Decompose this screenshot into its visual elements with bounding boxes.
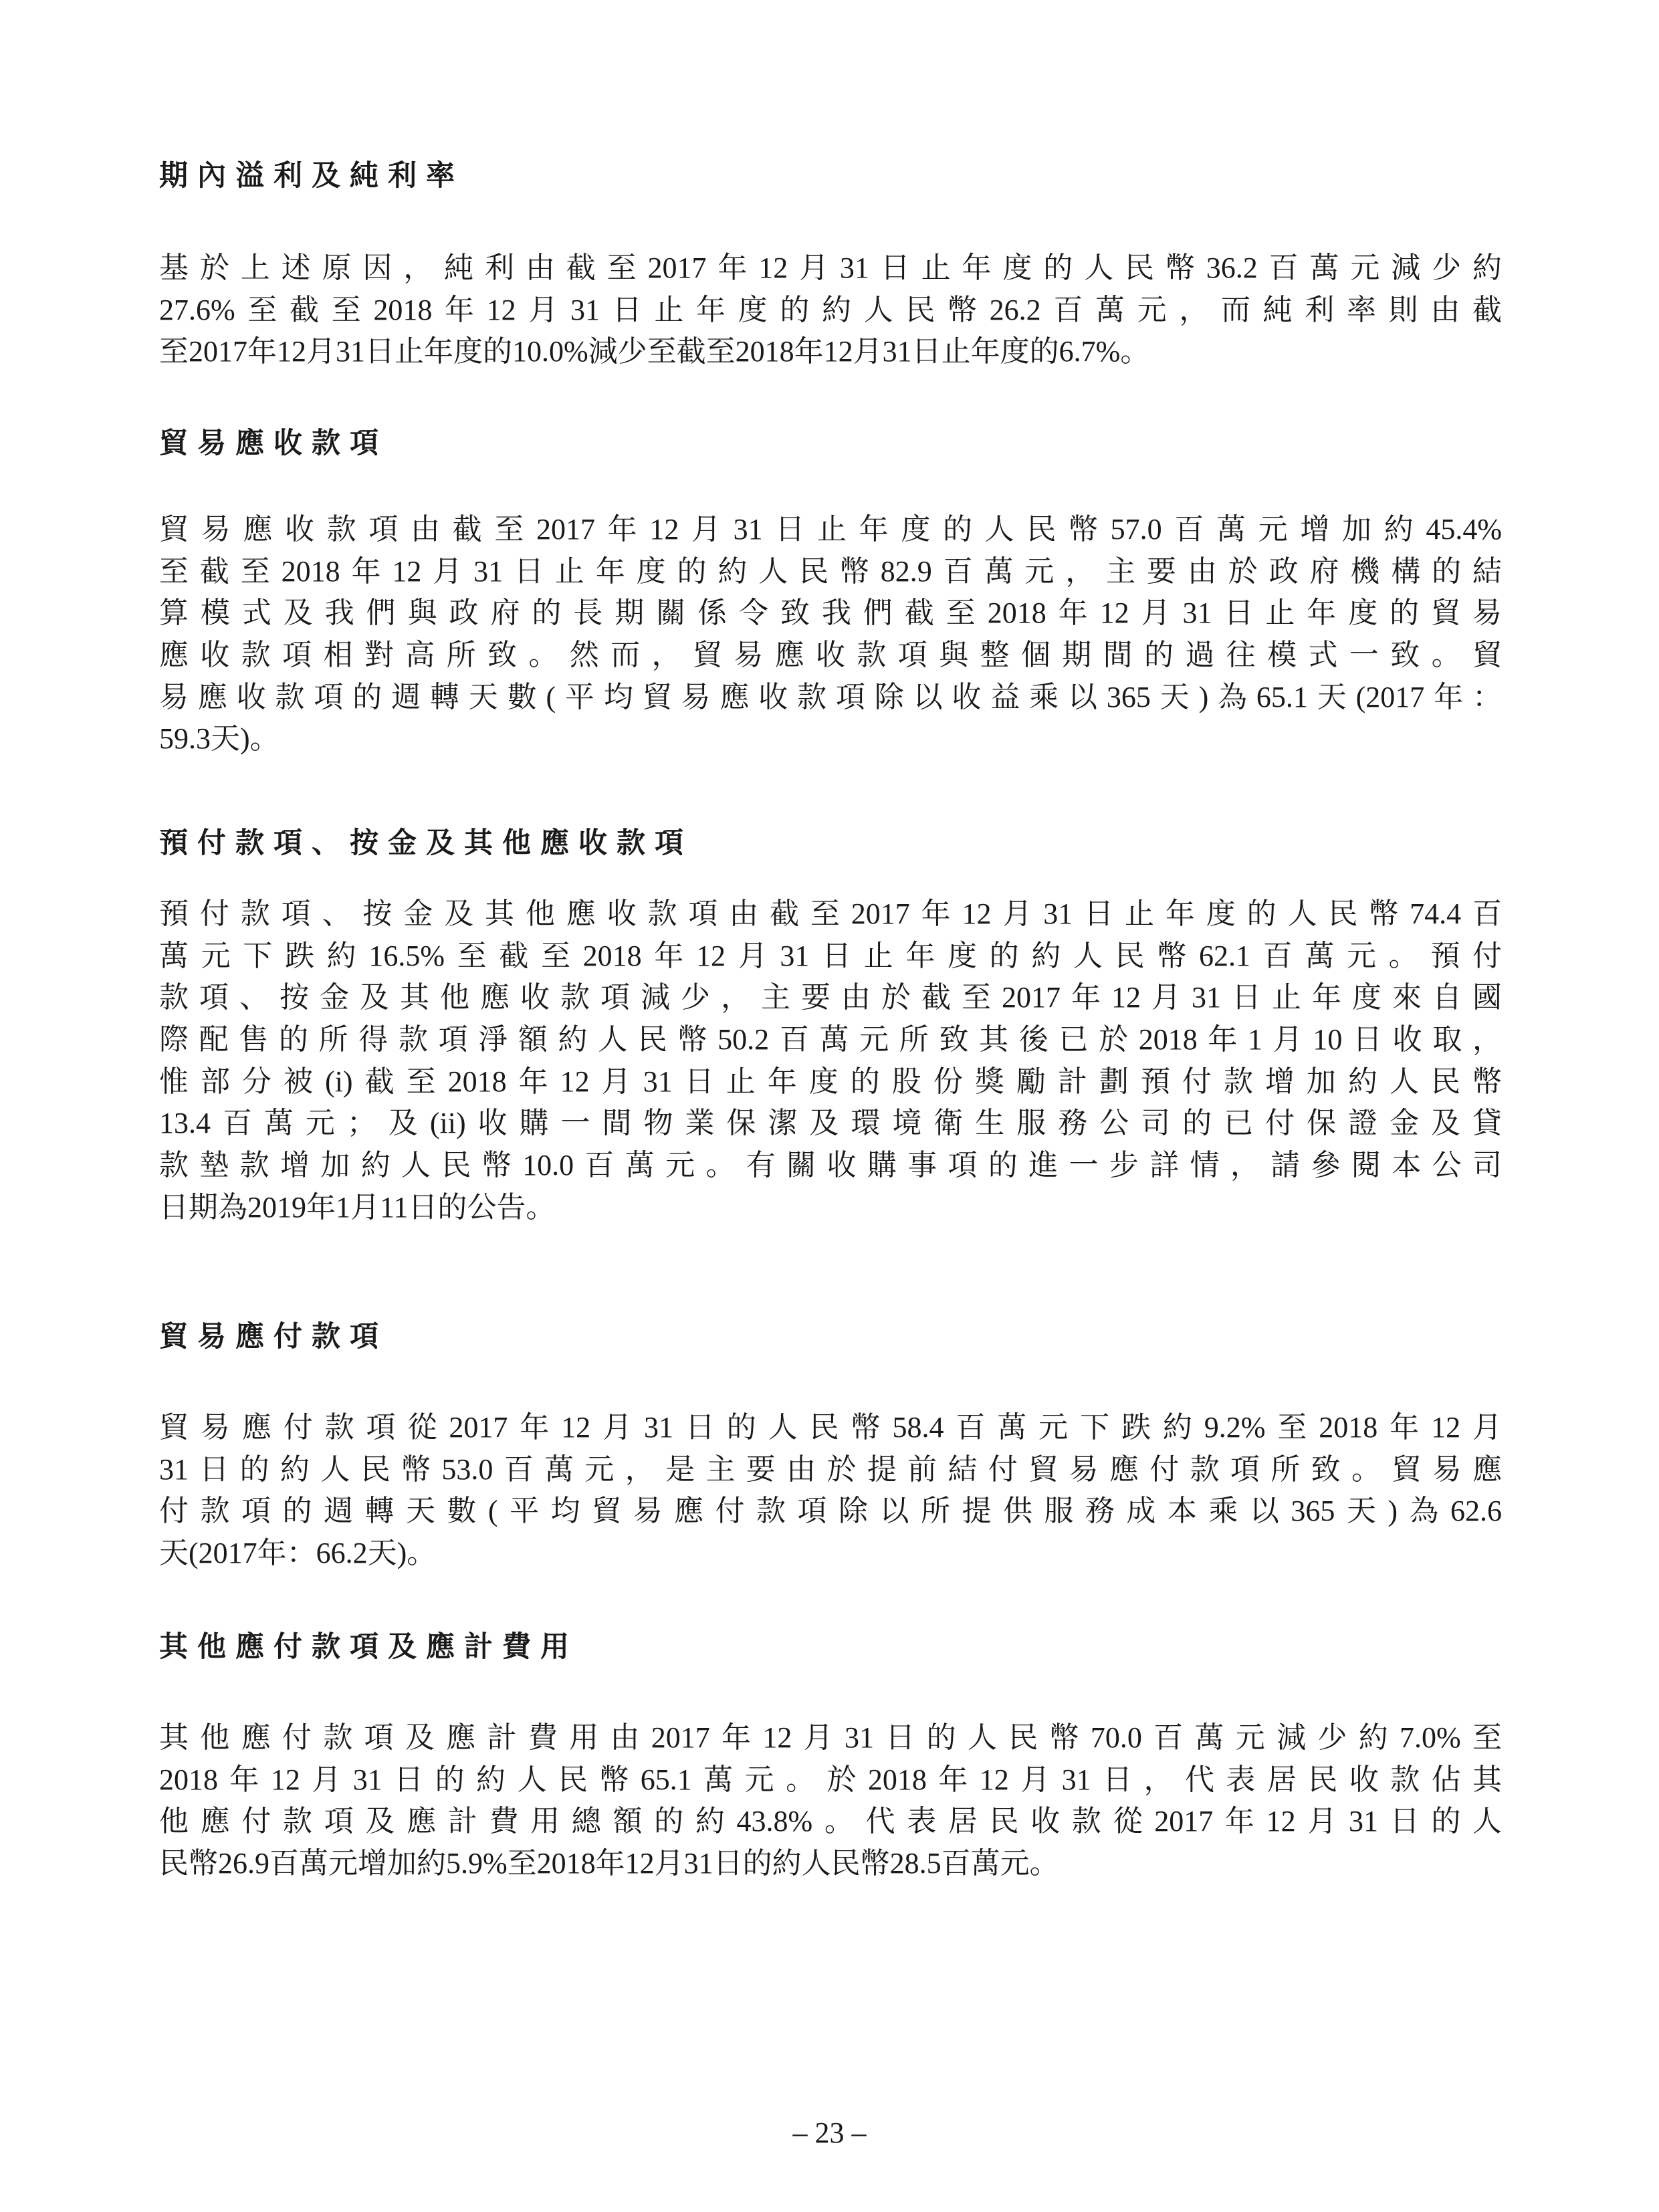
paragraph-line: 基於上述原因，純利由截至2017年12月31日止年度的人民幣36.2百萬元減少約 <box>159 247 1502 290</box>
section-prepayments: 預付款項、按金及其他應收款項 預付款項、按金及其他應收款項由截至2017年12月… <box>159 826 1502 1229</box>
section-heading: 貿易應付款項 <box>159 1320 1502 1353</box>
paragraph-line: 惟部分被(i)截至2018年12月31日止年度的股份獎勵計劃預付款增加約人民幣 <box>159 1061 1502 1103</box>
section-paragraph: 預付款項、按金及其他應收款項由截至2017年12月31日止年度的人民幣74.4百… <box>159 893 1502 1229</box>
paragraph-line: 2018年12月31日的約人民幣65.1萬元。於2018年12月31日，代表居民… <box>159 1759 1502 1801</box>
section-heading: 其他應付款項及應計費用 <box>159 1630 1502 1664</box>
section-trade-receivables: 貿易應收款項 貿易應收款項由截至2017年12月31日止年度的人民幣57.0百萬… <box>159 427 1502 760</box>
paragraph-line: 其他應付款項及應計費用由2017年12月31日的人民幣70.0百萬元減少約7.0… <box>159 1717 1502 1759</box>
paragraph-line: 款墊款增加約人民幣10.0百萬元。有關收購事項的進一步詳情，請參閱本公司 <box>159 1145 1502 1187</box>
paragraph-line: 貿易應付款項從2017年12月31日的人民幣58.4百萬元下跌約9.2%至201… <box>159 1407 1502 1449</box>
section-trade-payables: 貿易應付款項 貿易應付款項從2017年12月31日的人民幣58.4百萬元下跌約9… <box>159 1320 1502 1575</box>
paragraph-line: 款項、按金及其他應收款項減少，主要由於截至2017年12月31日止年度來自國 <box>159 977 1502 1019</box>
paragraph-line: 萬元下跌約16.5%至截至2018年12月31日止年度的約人民幣62.1百萬元。… <box>159 935 1502 978</box>
paragraph-line: 貿易應收款項由截至2017年12月31日止年度的人民幣57.0百萬元增加約45.… <box>159 509 1502 551</box>
paragraph-line: 易應收款項的週轉天數(平均貿易應收款項除以收益乘以365天)為65.1天(201… <box>159 677 1502 719</box>
paragraph-line: 27.6%至截至2018年12月31日止年度的約人民幣26.2百萬元，而純利率則… <box>159 290 1502 332</box>
paragraph-line: 他應付款項及應計費用總額的約43.8%。代表居民收款從2017年12月31日的人 <box>159 1801 1502 1843</box>
section-paragraph: 其他應付款項及應計費用由2017年12月31日的人民幣70.0百萬元減少約7.0… <box>159 1717 1502 1885</box>
section-heading: 貿易應收款項 <box>159 427 1502 460</box>
section-paragraph: 貿易應付款項從2017年12月31日的人民幣58.4百萬元下跌約9.2%至201… <box>159 1407 1502 1575</box>
section-other-payables: 其他應付款項及應計費用 其他應付款項及應計費用由2017年12月31日的人民幣7… <box>159 1630 1502 1885</box>
paragraph-line: 付款項的週轉天數(平均貿易應付款項除以所提供服務成本乘以365天)為62.6 <box>159 1490 1502 1533</box>
section-heading: 期內溢利及純利率 <box>159 159 1502 193</box>
page-number: – 23 – <box>0 2113 1659 2153</box>
paragraph-line: 31日的約人民幣53.0百萬元，是主要由於提前結付貿易應付款項所致。貿易應 <box>159 1449 1502 1491</box>
paragraph-line: 59.3天)。 <box>159 718 1502 760</box>
paragraph-line: 至截至2018年12月31日止年度的約人民幣82.9百萬元，主要由於政府機構的結 <box>159 551 1502 593</box>
section-paragraph: 基於上述原因，純利由截至2017年12月31日止年度的人民幣36.2百萬元減少約… <box>159 247 1502 373</box>
paragraph-line: 13.4百萬元；及(ii)收購一間物業保潔及環境衛生服務公司的已付保證金及貸 <box>159 1103 1502 1145</box>
section-net-profit: 期內溢利及純利率 基於上述原因，純利由截至2017年12月31日止年度的人民幣3… <box>159 159 1502 373</box>
section-paragraph: 貿易應收款項由截至2017年12月31日止年度的人民幣57.0百萬元增加約45.… <box>159 509 1502 760</box>
section-heading: 預付款項、按金及其他應收款項 <box>159 826 1502 860</box>
paragraph-line: 應收款項相對高所致。然而，貿易應收款項與整個期間的過往模式一致。貿 <box>159 635 1502 677</box>
paragraph-line: 預付款項、按金及其他應收款項由截至2017年12月31日止年度的人民幣74.4百 <box>159 893 1502 935</box>
paragraph-line: 天(2017年：66.2天)。 <box>159 1533 1502 1575</box>
paragraph-line: 日期為2019年1月11日的公告。 <box>159 1187 1502 1229</box>
paragraph-line: 至2017年12月31日止年度的10.0%減少至截至2018年12月31日止年度… <box>159 331 1502 373</box>
paragraph-line: 算模式及我們與政府的長期關係令致我們截至2018年12月31日止年度的貿易 <box>159 592 1502 635</box>
paragraph-line: 際配售的所得款項淨額約人民幣50.2百萬元所致其後已於2018年1月10日收取， <box>159 1019 1502 1061</box>
paragraph-line: 民幣26.9百萬元增加約5.9%至2018年12月31日的約人民幣28.5百萬元… <box>159 1843 1502 1885</box>
